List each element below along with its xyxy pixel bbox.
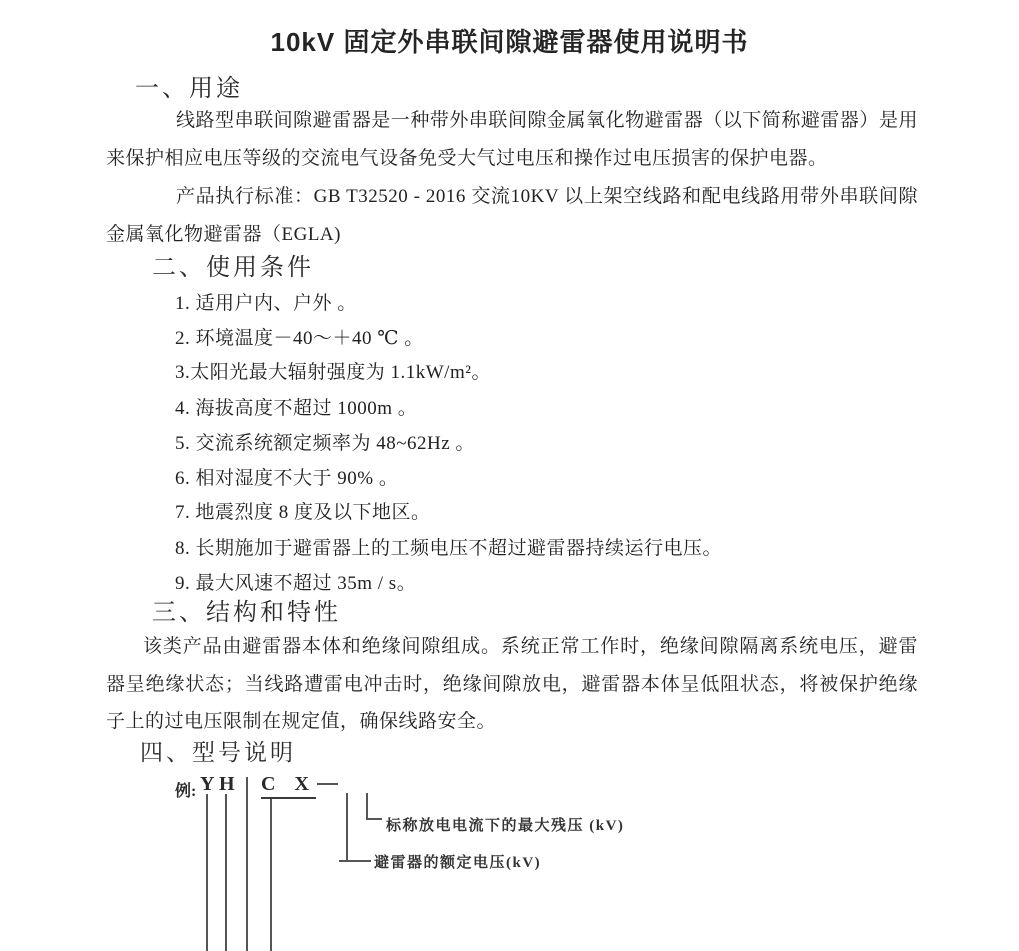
condition-item-7: 7. 地震烈度 8 度及以下地区。 xyxy=(175,497,431,524)
callout-rated-hline xyxy=(339,860,371,862)
condition-item-9: 9. 最大风速不超过 35m / s。 xyxy=(175,568,416,595)
drop-line-h xyxy=(225,794,227,951)
model-example-prefix: 例: xyxy=(175,778,196,801)
model-code-dash-line xyxy=(317,783,338,785)
condition-item-2: 2. 环境温度－40～＋40 ℃ 。 xyxy=(175,323,424,350)
callout-residual-hline xyxy=(366,818,382,820)
callout-rated-vline xyxy=(346,793,348,861)
condition-item-8: 8. 长期施加于避雷器上的工频电压不超过避雷器持续运行电压。 xyxy=(175,533,722,560)
drop-line-y xyxy=(206,794,208,951)
paragraph-usage-2: 产品执行标准：GB T32520 - 2016 交流10KV 以上架空线路和配电… xyxy=(106,178,918,253)
model-code-letter-h: H xyxy=(219,773,242,796)
section-heading-usage: 一、用途 xyxy=(135,68,243,103)
section-heading-structure: 三、结构和特性 xyxy=(152,592,341,627)
paragraph-structure-1: 该类产品由避雷器本体和绝缘间隙组成。系统正常工作时，绝缘间隙隔离系统电压，避雷器… xyxy=(106,628,918,741)
document-page: 10kV 固定外串联间隙避雷器使用说明书 一、用途 线路型串联间隙避雷器是一种带… xyxy=(0,0,1019,951)
condition-item-6: 6. 相对湿度不大于 90% 。 xyxy=(175,463,398,490)
drop-line-slot xyxy=(246,777,248,951)
condition-item-5: 5. 交流系统额定频率为 48~62Hz 。 xyxy=(175,428,475,455)
drop-line-cx xyxy=(270,799,272,951)
section-heading-model: 四、型号说明 xyxy=(140,734,296,767)
paragraph-usage-1: 线路型串联间隙避雷器是一种带外串联间隙金属氧化物避雷器（以下简称避雷器）是用来保… xyxy=(106,102,918,177)
model-code-letters-cx: C X xyxy=(261,773,316,799)
callout-residual-label: 标称放电电流下的最大残压 (kV) xyxy=(386,814,624,835)
condition-item-4: 4. 海拔高度不超过 1000m 。 xyxy=(175,393,417,420)
callout-rated-label: 避雷器的额定电压(kV) xyxy=(374,851,541,872)
document-title: 10kV 固定外串联间隙避雷器使用说明书 xyxy=(0,22,1019,59)
condition-item-3: 3.太阳光最大辐射强度为 1.1kW/m²。 xyxy=(175,357,491,384)
callout-residual-vline xyxy=(366,793,368,819)
section-heading-conditions: 二、使用条件 xyxy=(152,247,314,282)
condition-item-1: 1. 适用户内、户外 。 xyxy=(175,288,357,315)
